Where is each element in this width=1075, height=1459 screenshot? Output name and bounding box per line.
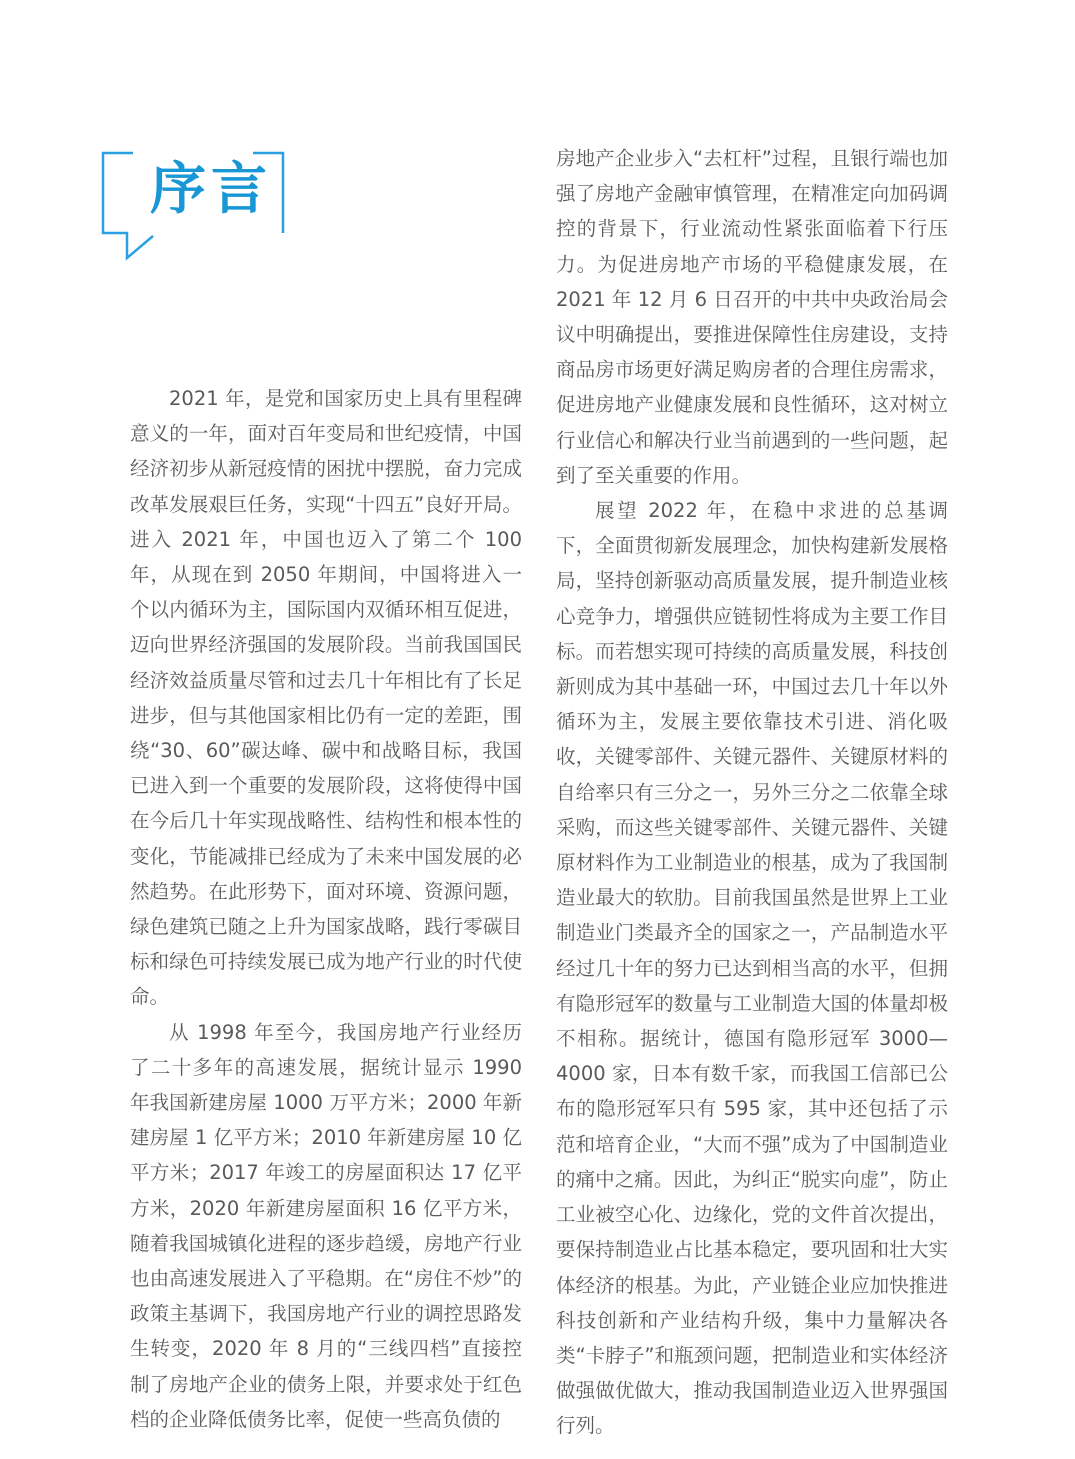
document-page: 序言 2021 年，是党和国家历史上具有里程碑意义的一年，面对百年变局和世纪疫情… <box>0 0 1075 1459</box>
right-paragraph-1: 房地产企业步入“去杠杆”过程，且银行端也加强了房地产金融审慎管理，在精准定向加码… <box>556 141 948 493</box>
right-column: 房地产企业步入“去杠杆”过程，且银行端也加强了房地产金融审慎管理，在精准定向加码… <box>556 141 948 1444</box>
left-paragraph-2: 从 1998 年至今，我国房地产行业经历了二十多年的高速发展，据统计显示 199… <box>130 1015 522 1437</box>
left-column: 2021 年，是党和国家历史上具有里程碑意义的一年，面对百年变局和世纪疫情，中国… <box>130 381 522 1437</box>
preface-title-block: 序言 <box>95 148 295 268</box>
left-paragraph-1: 2021 年，是党和国家历史上具有里程碑意义的一年，面对百年变局和世纪疫情，中国… <box>130 381 522 1015</box>
right-paragraph-2: 展望 2022 年，在稳中求进的总基调下，全面贯彻新发展理念，加快构建新发展格局… <box>556 493 948 1443</box>
page-title: 序言 <box>150 158 272 222</box>
